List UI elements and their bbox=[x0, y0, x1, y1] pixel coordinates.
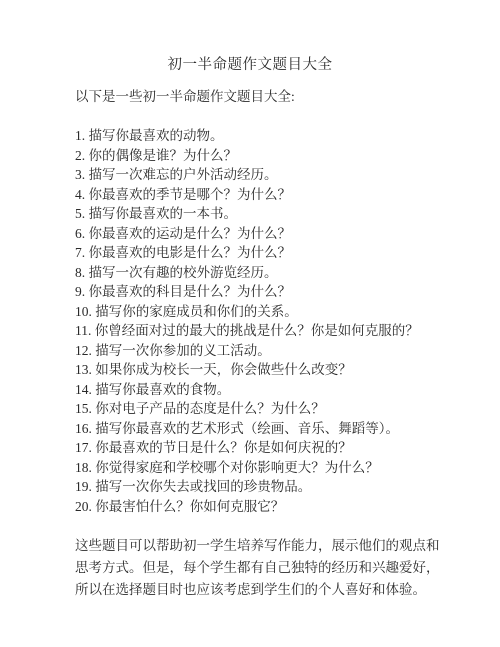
topic-item-9: 9. 你最喜欢的科目是什么？为什么？ bbox=[75, 282, 500, 302]
topic-item-4: 4. 你最喜欢的季节是哪个？为什么？ bbox=[75, 185, 500, 205]
topic-item-10: 10. 描写你的家庭成员和你们的关系。 bbox=[75, 302, 500, 322]
topic-item-8: 8. 描写一次有趣的校外游览经历。 bbox=[75, 263, 500, 283]
document-title: 初一半命题作文题目大全 bbox=[0, 57, 500, 74]
topic-item-6: 6. 你最喜欢的运动是什么？为什么？ bbox=[75, 224, 500, 244]
document-page: 初一半命题作文题目大全 以下是一些初一半命题作文题目大全: 1. 描写你最喜欢的… bbox=[0, 0, 500, 647]
closing-paragraph: 这些题目可以帮助初一学生培养写作能力，展示他们的观点和 思考方式。但是，每个学生… bbox=[75, 535, 500, 601]
topic-item-19: 19. 描写一次你失去或找回的珍贵物品。 bbox=[75, 477, 500, 497]
topic-item-2: 2. 你的偶像是谁？为什么？ bbox=[75, 146, 500, 166]
topic-item-12: 12. 描写一次你参加的义工活动。 bbox=[75, 341, 500, 361]
topic-list: 1. 描写你最喜欢的动物。 2. 你的偶像是谁？为什么？ 3. 描写一次难忘的户… bbox=[75, 126, 500, 516]
topic-item-14: 14. 描写你最喜欢的食物。 bbox=[75, 380, 500, 400]
topic-item-15: 15. 你对电子产品的态度是什么？为什么？ bbox=[75, 399, 500, 419]
topic-item-17: 17. 你最喜欢的节日是什么？你是如何庆祝的？ bbox=[75, 438, 500, 458]
topic-item-18: 18. 你觉得家庭和学校哪个对你影响更大？为什么？ bbox=[75, 458, 500, 478]
topic-item-11: 11. 你曾经面对过的最大的挑战是什么？你是如何克服的？ bbox=[75, 321, 500, 341]
closing-line-2: 思考方式。但是，每个学生都有自己独特的经历和兴趣爱好， bbox=[75, 557, 500, 579]
topic-item-1: 1. 描写你最喜欢的动物。 bbox=[75, 126, 500, 146]
topic-item-3: 3. 描写一次难忘的户外活动经历。 bbox=[75, 165, 500, 185]
intro-line: 以下是一些初一半命题作文题目大全: bbox=[75, 88, 500, 105]
closing-line-1: 这些题目可以帮助初一学生培养写作能力，展示他们的观点和 bbox=[75, 535, 500, 557]
topic-item-20: 20. 你最害怕什么？你如何克服它？ bbox=[75, 497, 500, 517]
topic-item-13: 13. 如果你成为校长一天，你会做些什么改变？ bbox=[75, 360, 500, 380]
topic-item-5: 5. 描写你最喜欢的一本书。 bbox=[75, 204, 500, 224]
closing-line-3: 所以在选择题目时也应该考虑到学生们的个人喜好和体验。 bbox=[75, 579, 500, 601]
topic-item-16: 16. 描写你最喜欢的艺术形式（绘画、音乐、舞蹈等）。 bbox=[75, 419, 500, 439]
topic-item-7: 7. 你最喜欢的电影是什么？为什么？ bbox=[75, 243, 500, 263]
